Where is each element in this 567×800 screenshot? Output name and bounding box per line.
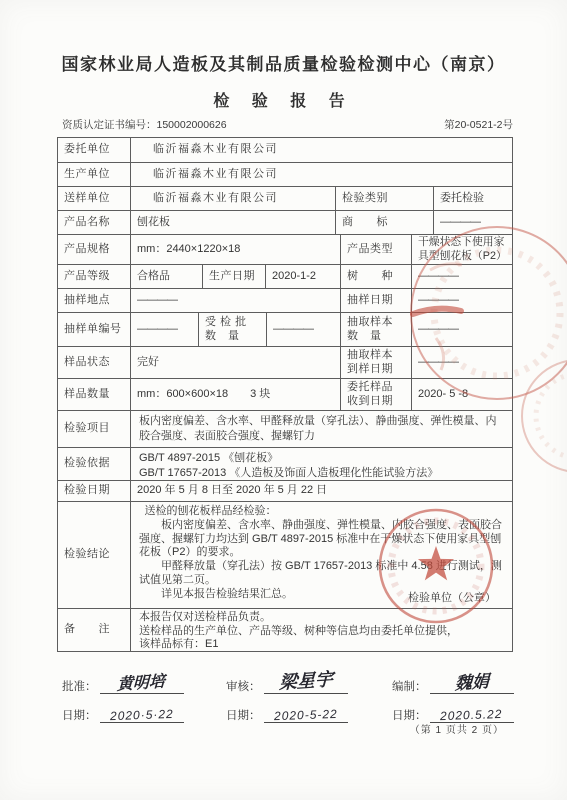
brand-value: ———— (433, 211, 512, 234)
table-row-conclusion: 检验结论 送检的刨花板样品经检验： 板内密度偏差、含水率、静曲强度、弹性模量、内… (58, 501, 512, 608)
cert-line: 资质认定证书编号：150002000626 第20-0521-2号 (62, 117, 513, 132)
sampling-date-label: 抽样日期 (340, 289, 411, 312)
signature-approve: 批准： 黄明培 日期： 2020·5·22 (62, 672, 184, 723)
approve-label: 批准： (62, 678, 97, 694)
conclusion-value: 送检的刨花板样品经检验： 板内密度偏差、含水率、静曲强度、弹性模量、内胶合强度、… (130, 502, 512, 608)
product-name-value: 刨花板 (130, 211, 335, 234)
row-label: 产品等级 (58, 265, 130, 288)
spec-value: mm：2440×1220×18 (130, 235, 340, 264)
species-value: ———— (411, 265, 512, 288)
table-row-spec: 产品规格 mm：2440×1220×18 产品类型 干燥状态下使用家具型刨花板（… (58, 234, 512, 264)
type-label: 产品类型 (340, 235, 411, 264)
batch-value: ———— (266, 313, 340, 346)
report-table: 委托单位 临沂福淼木业有限公司 生产单位 临沂福淼木业有限公司 送样单位 临沂福… (57, 137, 513, 652)
review-date: 2020-5-22 (264, 708, 348, 723)
conclusion-p1: 送检的刨花板样品经检验： (139, 505, 504, 519)
row-label: 产品规格 (58, 235, 130, 264)
table-row-client: 委托单位 临沂福淼木业有限公司 (58, 138, 512, 162)
category-value: 委托检验 (433, 187, 512, 210)
species-label: 树 种 (340, 265, 411, 288)
review-date-label: 日期： (226, 707, 261, 723)
row-label: 抽样单编号 (58, 313, 130, 346)
row-label: 检验日期 (58, 481, 130, 501)
report-number: 第20-0521-2号 (444, 117, 513, 132)
state-value: 完好 (130, 347, 340, 378)
sampling-date-value: ———— (411, 289, 512, 312)
approve-date: 2020·5·22 (100, 708, 184, 723)
sheet-no-value: ———— (130, 313, 198, 346)
inspection-report-page: 国家林业局人造板及其制品质量检验检测中心（南京） 检 验 报 告 资质认定证书编… (0, 0, 567, 800)
conclusion-p3: 甲醛释放量（穿孔法）按 GB/T 17657-2013 标准中 4.58 进行测… (139, 560, 504, 588)
type-value: 干燥状态下使用家具型刨花板（P2） (411, 235, 512, 264)
prepare-signature: 魏娟 (430, 668, 514, 694)
review-label: 审核： (226, 678, 261, 694)
remark-line-1: 本报告仅对送检样品负责。 (139, 611, 504, 625)
table-row-sample-qty: 样品数量 mm：600×600×18 3 块 委托样品 收到日期 2020- 5… (58, 378, 512, 410)
page-note: （第 1 页共 2 页） (392, 721, 504, 736)
table-row-items: 检验项目 板内密度偏差、含水率、甲醛释放量（穿孔法）、静曲强度、弹性模量、内胶合… (58, 410, 512, 447)
table-row-sampling-sheet: 抽样单编号 ———— 受 检 批 数 量 ———— 抽取样本 数 量 ———— (58, 312, 512, 346)
table-row-remark: 备 注 本报告仅对送检样品负责。 送检样品的生产单位、产品等级、树种等信息均由委… (58, 608, 512, 651)
client-value: 临沂福淼木业有限公司 (130, 138, 512, 162)
items-value: 板内密度偏差、含水率、甲醛释放量（穿孔法）、静曲强度、弹性模量、内胶合强度、表面… (130, 411, 512, 447)
org-title: 国家林业局人造板及其制品质量检验检测中心（南京） (0, 50, 567, 75)
table-row-producer: 生产单位 临沂福淼木业有限公司 (58, 162, 512, 186)
remark-line-3: 该样品标有：E1 (139, 638, 504, 651)
basis-value: GB/T 4897-2015 《刨花板》 GB/T 17657-2013 《人造… (130, 448, 512, 480)
basis-line-1: GB/T 4897-2015 《刨花板》 (139, 451, 504, 466)
report-title: 检 验 报 告 (0, 88, 567, 111)
sender-value: 临沂福淼木业有限公司 (130, 187, 335, 210)
signature-review: 审核： 梁星宇 日期： 2020-5-22 (226, 672, 348, 723)
conclusion-p2: 板内密度偏差、含水率、静曲强度、弹性模量、内胶合强度、表面胶合强度、握螺钉力均达… (139, 519, 504, 560)
row-label: 送样单位 (58, 187, 130, 210)
table-row-basis: 检验依据 GB/T 4897-2015 《刨花板》 GB/T 17657-201… (58, 447, 512, 480)
remark-line-2: 送检样品的生产单位、产品等级、树种等信息均由委托单位提供， (139, 625, 504, 639)
prod-date-value: 2020-1-2 (265, 265, 340, 288)
quantity-value: mm：600×600×18 3 块 (130, 379, 340, 410)
row-label: 备 注 (58, 609, 130, 651)
arrive-value: ———— (411, 347, 512, 378)
table-row-product-name: 产品名称 刨花板 商 标 ———— (58, 210, 512, 234)
producer-value: 临沂福淼木业有限公司 (130, 163, 512, 186)
recv-value: 2020- 5 -8 (411, 379, 512, 410)
approve-signature: 黄明培 (100, 670, 184, 694)
row-label: 生产单位 (58, 163, 130, 186)
table-row-sampling-place: 抽样地点 ———— 抽样日期 ———— (58, 288, 512, 312)
cert-number: 资质认定证书编号：150002000626 (62, 117, 227, 132)
prod-date-label: 生产日期 (202, 265, 265, 288)
seal-right-margin (522, 360, 567, 472)
row-label: 样品数量 (58, 379, 130, 410)
approve-date-label: 日期： (62, 707, 97, 723)
row-label: 检验依据 (58, 448, 130, 480)
table-row-date: 检验日期 2020 年 5 月 8 日至 2020 年 5 月 22 日 (58, 480, 512, 501)
row-label: 产品名称 (58, 211, 130, 234)
row-label: 检验项目 (58, 411, 130, 447)
arrive-label: 抽取样本 到样日期 (340, 347, 411, 378)
table-row-sender: 送样单位 临沂福淼木业有限公司 检验类别 委托检验 (58, 186, 512, 210)
table-row-grade: 产品等级 合格品 生产日期 2020-1-2 树 种 ———— (58, 264, 512, 288)
brand-label: 商 标 (335, 211, 433, 234)
prepare-label: 编制： (392, 678, 427, 694)
taken-value: ———— (411, 313, 512, 346)
review-signature: 梁星宇 (264, 667, 348, 694)
recv-label: 委托样品 收到日期 (340, 379, 411, 410)
date-value: 2020 年 5 月 8 日至 2020 年 5 月 22 日 (130, 481, 512, 501)
table-row-sample-state: 样品状态 完好 抽取样本 到样日期 ———— (58, 346, 512, 378)
row-label: 检验结论 (58, 502, 130, 608)
taken-label: 抽取样本 数 量 (340, 313, 411, 346)
place-value: ———— (130, 289, 340, 312)
row-label: 抽样地点 (58, 289, 130, 312)
row-label: 样品状态 (58, 347, 130, 378)
basis-line-2: GB/T 17657-2013 《人造板及饰面人造板理化性能试验方法》 (139, 466, 504, 480)
signature-prepare: 编制： 魏娟 日期： 2020.5.22 (392, 672, 514, 723)
unit-seal-caption: 检验单位（公章） (408, 592, 496, 605)
remark-value: 本报告仅对送检样品负责。 送检样品的生产单位、产品等级、树种等信息均由委托单位提… (130, 609, 512, 651)
category-label: 检验类别 (335, 187, 433, 210)
row-label: 委托单位 (58, 138, 130, 162)
grade-value: 合格品 (130, 265, 202, 288)
batch-label: 受 检 批 数 量 (198, 313, 266, 346)
